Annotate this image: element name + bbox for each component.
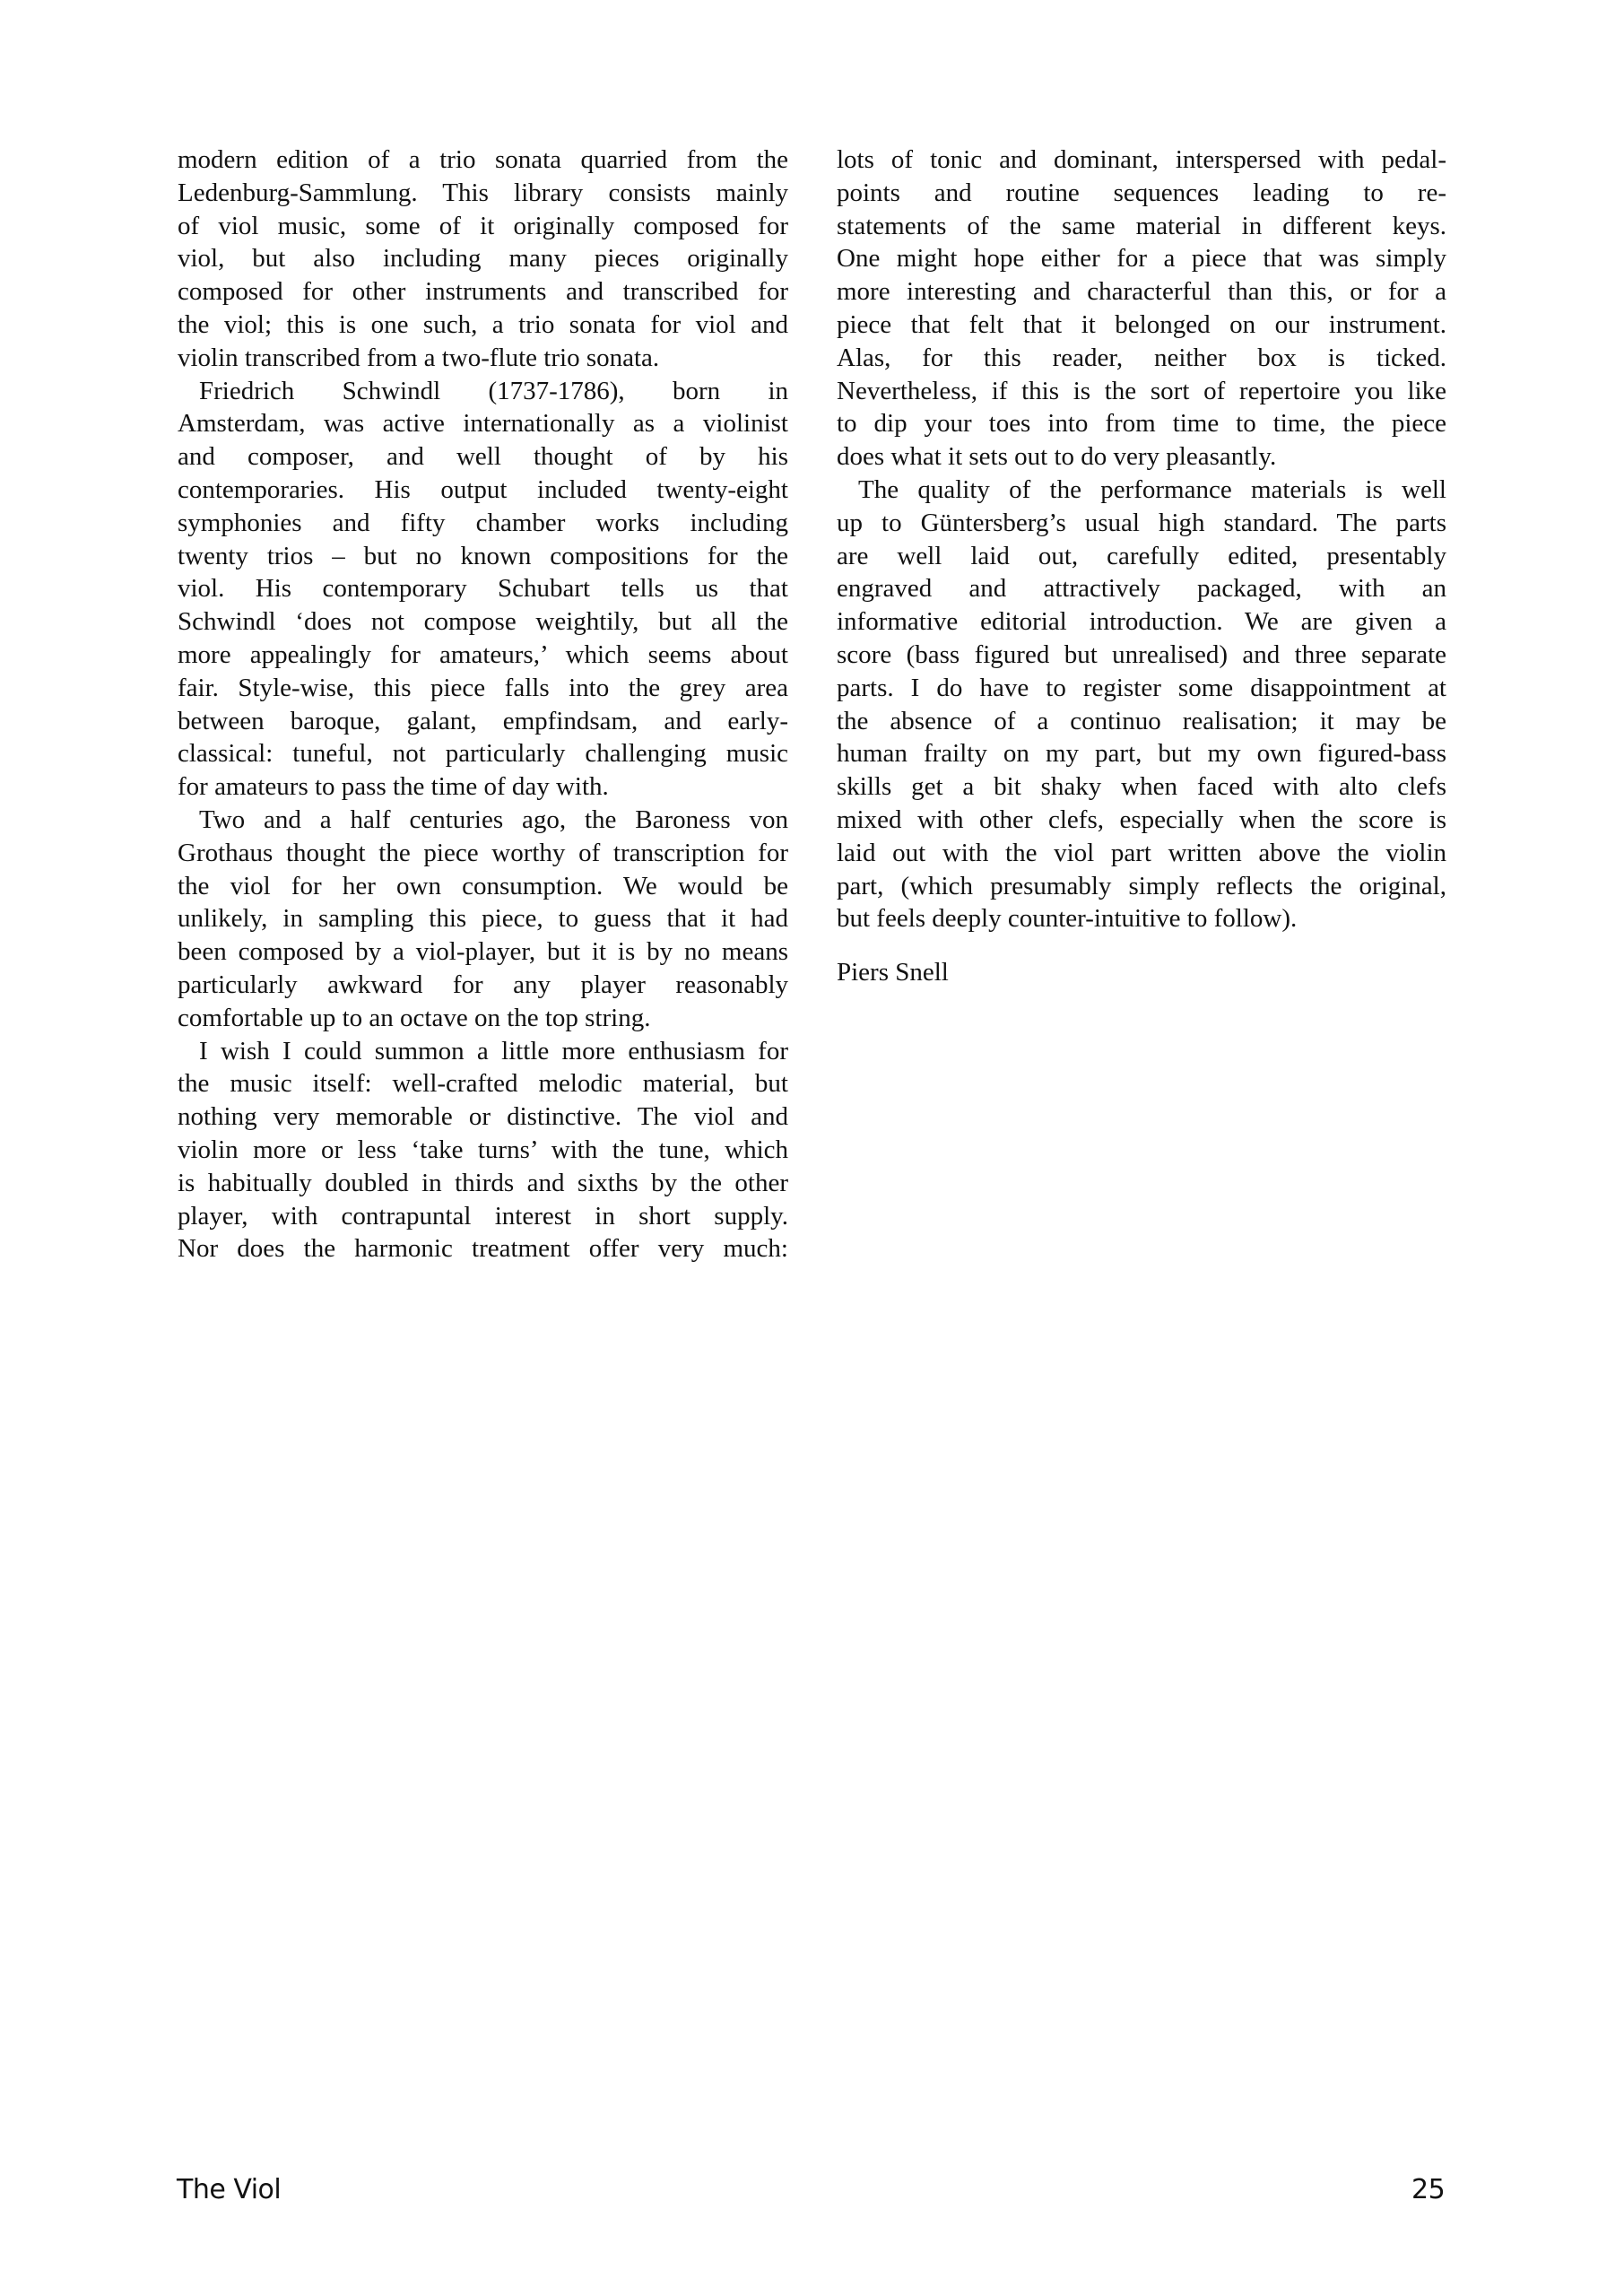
text-line: unlikely, in sampling this piece, to gue… [178,902,788,935]
paragraph: lots of tonic and dominant, interspersed… [837,143,1446,474]
left-column: modern edition of a trio sonata quarried… [178,143,788,1265]
text-line: more appealingly for amateurs,’ which se… [178,639,788,672]
author-signature: Piers Snell [837,956,1446,989]
text-line: One might hope either for a piece that w… [837,242,1446,275]
text-line: for amateurs to pass the time of day wit… [178,770,788,804]
text-line: part, (which presumably simply reflects … [837,870,1446,903]
text-line: violin transcribed from a two-flute trio… [178,342,788,375]
text-line: contemporaries. His output included twen… [178,474,788,507]
text-line: statements of the same material in diffe… [837,210,1446,243]
text-line: parts. I do have to register some disapp… [837,672,1446,705]
text-line: the viol; this is one such, a trio sonat… [178,309,788,342]
text-line: lots of tonic and dominant, interspersed… [837,143,1446,177]
footer-page-number: 25 [1411,2174,1445,2205]
text-line: piece that felt that it belonged on our … [837,309,1446,342]
text-line: player, with contrapuntal interest in sh… [178,1200,788,1233]
text-line: are well laid out, carefully edited, pre… [837,540,1446,573]
text-line: Two and a half centuries ago, the Barone… [178,804,788,837]
text-line: classical: tuneful, not particularly cha… [178,737,788,770]
text-line: Friedrich Schwindl (1737-1786), born in [178,375,788,408]
text-line: comfortable up to an octave on the top s… [178,1002,788,1035]
text-line: modern edition of a trio sonata quarried… [178,143,788,177]
text-line: the music itself: well-crafted melodic m… [178,1067,788,1100]
text-line: laid out with the viol part written abov… [837,837,1446,870]
paragraph: Friedrich Schwindl (1737-1786), born in … [178,375,788,804]
text-line: viol, but also including many pieces ori… [178,242,788,275]
text-line: Schwindl ‘does not compose weightily, bu… [178,605,788,639]
paragraph: modern edition of a trio sonata quarried… [178,143,788,375]
text-line: I wish I could summon a little more enth… [178,1035,788,1068]
text-line: does what it sets out to do very pleasan… [837,440,1446,474]
text-line: Amsterdam, was active internationally as… [178,407,788,440]
text-line: been composed by a viol-player, but it i… [178,935,788,969]
text-line: symphonies and fifty chamber works inclu… [178,507,788,540]
text-line: The quality of the performance materials… [837,474,1446,507]
text-line: points and routine sequences leading to … [837,177,1446,210]
text-line: more interesting and characterful than t… [837,275,1446,309]
text-line: the absence of a continuo realisation; i… [837,705,1446,738]
text-line: the viol for her own consumption. We wou… [178,870,788,903]
right-column: lots of tonic and dominant, interspersed… [837,143,1446,989]
text-line: to dip your toes into from time to time,… [837,407,1446,440]
document-page: modern edition of a trio sonata quarried… [0,0,1624,2296]
paragraph: The quality of the performance materials… [837,474,1446,935]
text-line: composed for other instruments and trans… [178,275,788,309]
text-line: particularly awkward for any player reas… [178,969,788,1002]
text-line: of viol music, some of it originally com… [178,210,788,243]
text-line: informative editorial introduction. We a… [837,605,1446,639]
text-line: violin more or less ‘take turns’ with th… [178,1134,788,1167]
text-line: Nor does the harmonic treatment offer ve… [178,1232,788,1265]
text-line: human frailty on my part, but my own fig… [837,737,1446,770]
text-line: Nevertheless, if this is the sort of rep… [837,375,1446,408]
footer-publication-title: The Viol [177,2174,281,2205]
text-line: but feels deeply counter-intuitive to fo… [837,902,1446,935]
text-line: up to Güntersberg’s usual high standard.… [837,507,1446,540]
text-line: between baroque, galant, empfindsam, and… [178,705,788,738]
text-line: twenty trios – but no known compositions… [178,540,788,573]
text-line: Ledenburg-Sammlung. This library consist… [178,177,788,210]
paragraph: Two and a half centuries ago, the Barone… [178,804,788,1035]
text-line: mixed with other clefs, especially when … [837,804,1446,837]
paragraph: I wish I could summon a little more enth… [178,1035,788,1266]
text-line: score (bass figured but unrealised) and … [837,639,1446,672]
text-line: fair. Style-wise, this piece falls into … [178,672,788,705]
text-line: engraved and attractively packaged, with… [837,572,1446,605]
text-line: viol. His contemporary Schubart tells us… [178,572,788,605]
text-line: and composer, and well thought of by his [178,440,788,474]
text-line: Alas, for this reader, neither box is ti… [837,342,1446,375]
text-line: is habitually doubled in thirds and sixt… [178,1167,788,1200]
text-line: skills get a bit shaky when faced with a… [837,770,1446,804]
text-line: nothing very memorable or distinctive. T… [178,1100,788,1134]
text-line: Grothaus thought the piece worthy of tra… [178,837,788,870]
